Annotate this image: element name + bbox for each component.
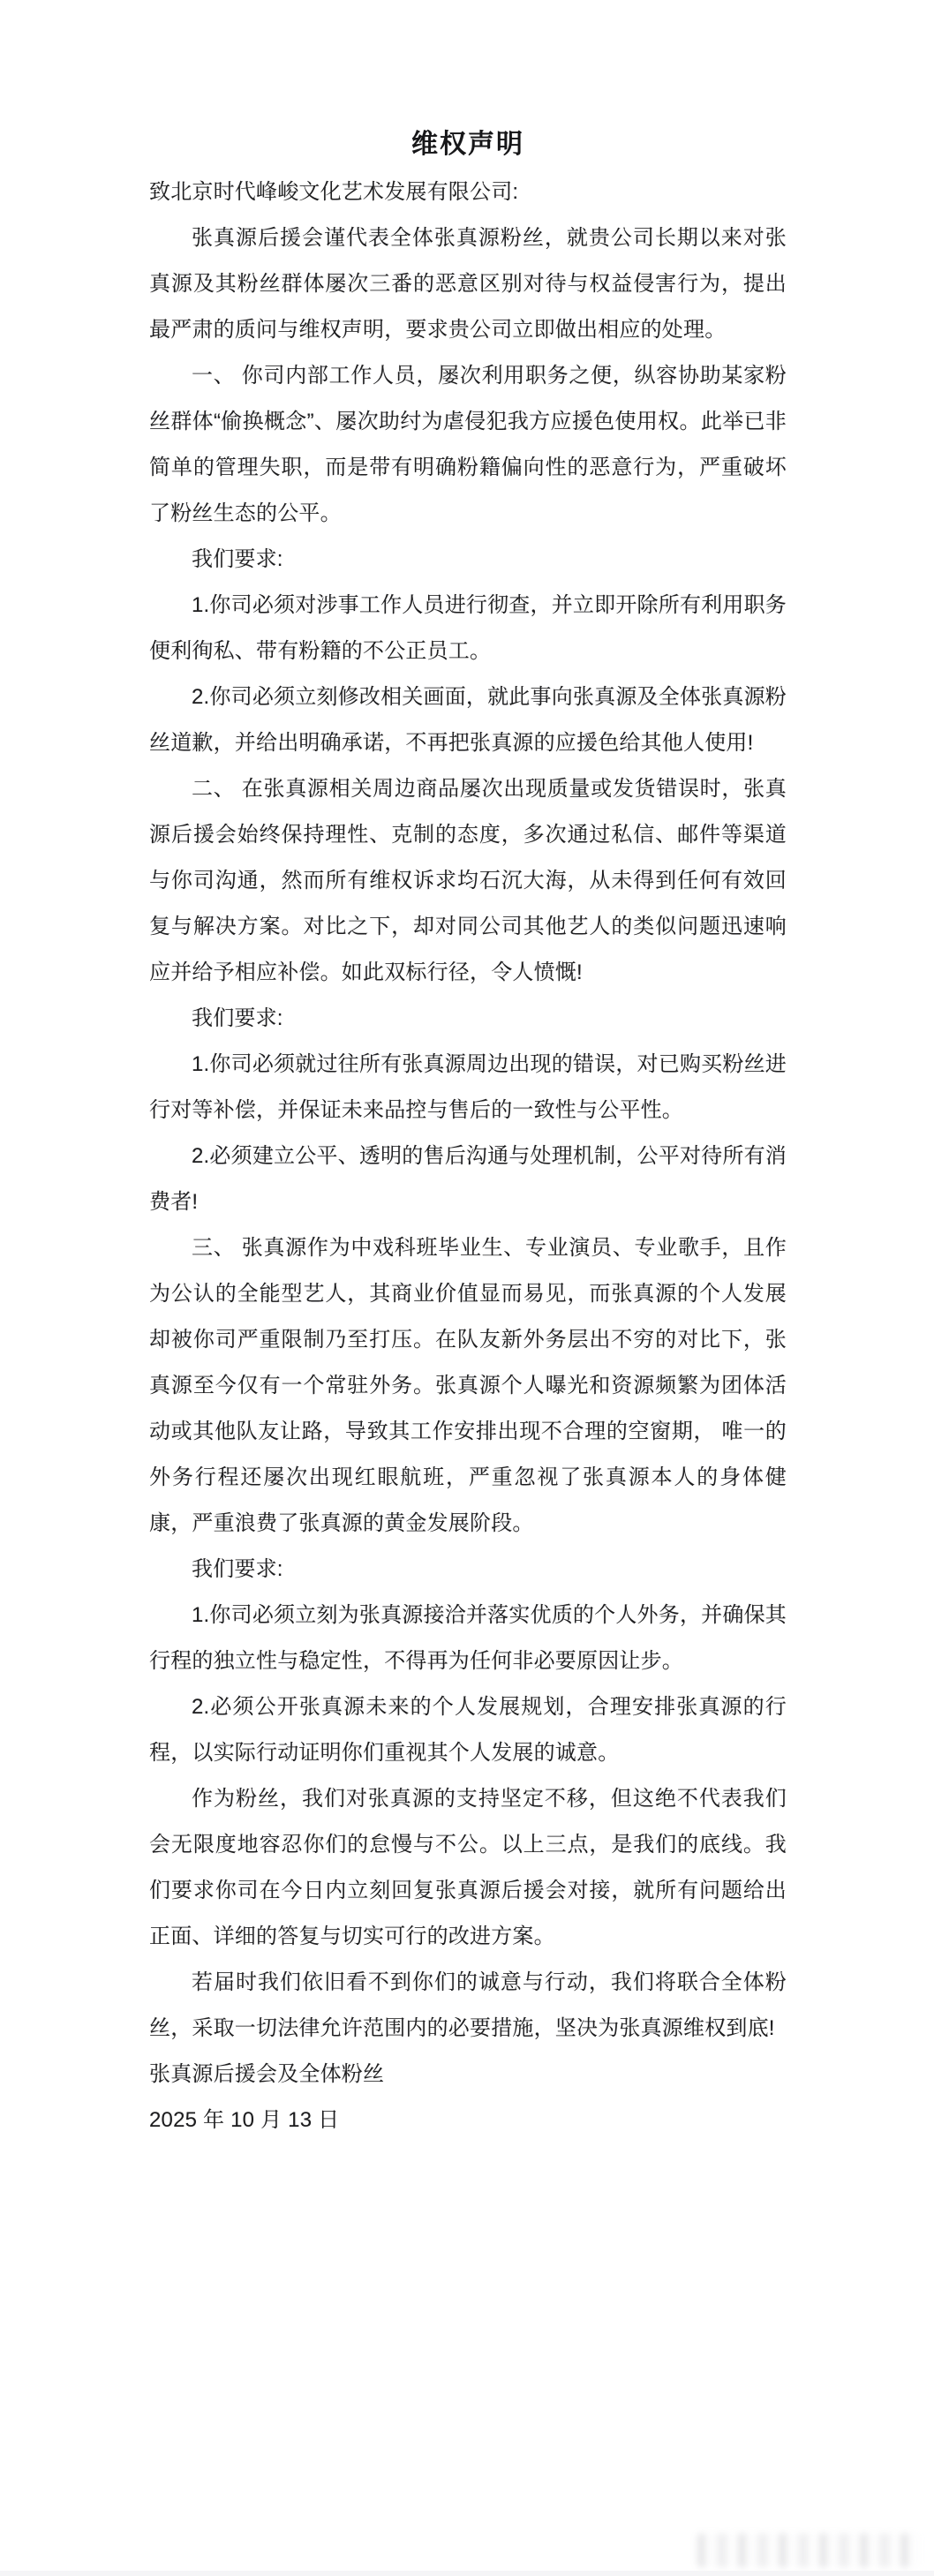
document-content: 维权声明 致北京时代峰峻文化艺术发展有限公司: 张真源后援会谨代表全体张真源粉丝… (0, 0, 934, 2143)
closing-paragraph-2: 若届时我们依旧看不到你们的诚意与行动，我们将联合全体粉丝，采取一切法律允许范围内… (149, 1960, 787, 2052)
document-title: 维权声明 (149, 120, 787, 169)
section-1-body: 一、 你司内部工作人员，屡次利用职务之便，纵容协助某家粉丝群体“偷换概念”、屡次… (149, 353, 787, 537)
statement-document: 维权声明 致北京时代峰峻文化艺术发展有限公司: 张真源后援会谨代表全体张真源粉丝… (0, 0, 934, 2576)
section-1-demand-1: 1.你司必须对涉事工作人员进行彻查，并立即开除所有利用职务便利徇私、带有粉籍的不… (149, 583, 787, 674)
section-2-demand-1: 1.你司必须就过往所有张真源周边出现的错误，对已购买粉丝进行对等补偿，并保证未来… (149, 1042, 787, 1134)
section-2-demand-heading: 我们要求: (149, 996, 787, 1042)
signature: 张真源后援会及全体粉丝 (149, 2052, 787, 2098)
section-3-body: 三、 张真源作为中戏科班毕业生、专业演员、专业歌手，且作为公认的全能型艺人，其商… (149, 1225, 787, 1547)
closing-paragraph-1: 作为粉丝，我们对张真源的支持坚定不移，但这绝不代表我们会无限度地容忍你们的怠慢与… (149, 1776, 787, 1960)
section-3-demand-1: 1.你司必须立刻为张真源接洽并落实优质的个人外务，并确保其行程的独立性与稳定性，… (149, 1593, 787, 1684)
date: 2025 年 10 月 13 日 (149, 2098, 787, 2143)
intro-paragraph: 张真源后援会谨代表全体张真源粉丝，就贵公司长期以来对张真源及其粉丝群体屡次三番的… (149, 215, 787, 353)
section-2-body: 二、 在张真源相关周边商品屡次出现质量或发货错误时，张真源后援会始终保持理性、克… (149, 766, 787, 996)
salutation: 致北京时代峰峻文化艺术发展有限公司: (149, 169, 787, 215)
section-1-demand-2: 2.你司必须立刻修改相关画面，就此事向张真源及全体张真源粉丝道歉，并给出明确承诺… (149, 674, 787, 766)
watermark-blur (697, 2534, 920, 2567)
section-3-demand-heading: 我们要求: (149, 1547, 787, 1593)
photo-bottom-edge (0, 2571, 934, 2576)
section-3-demand-2: 2.必须公开张真源未来的个人发展规划，合理安排张真源的行程，以实际行动证明你们重… (149, 1684, 787, 1776)
section-1-demand-heading: 我们要求: (149, 537, 787, 583)
section-2-demand-2: 2.必须建立公平、透明的售后沟通与处理机制，公平对待所有消费者! (149, 1134, 787, 1225)
